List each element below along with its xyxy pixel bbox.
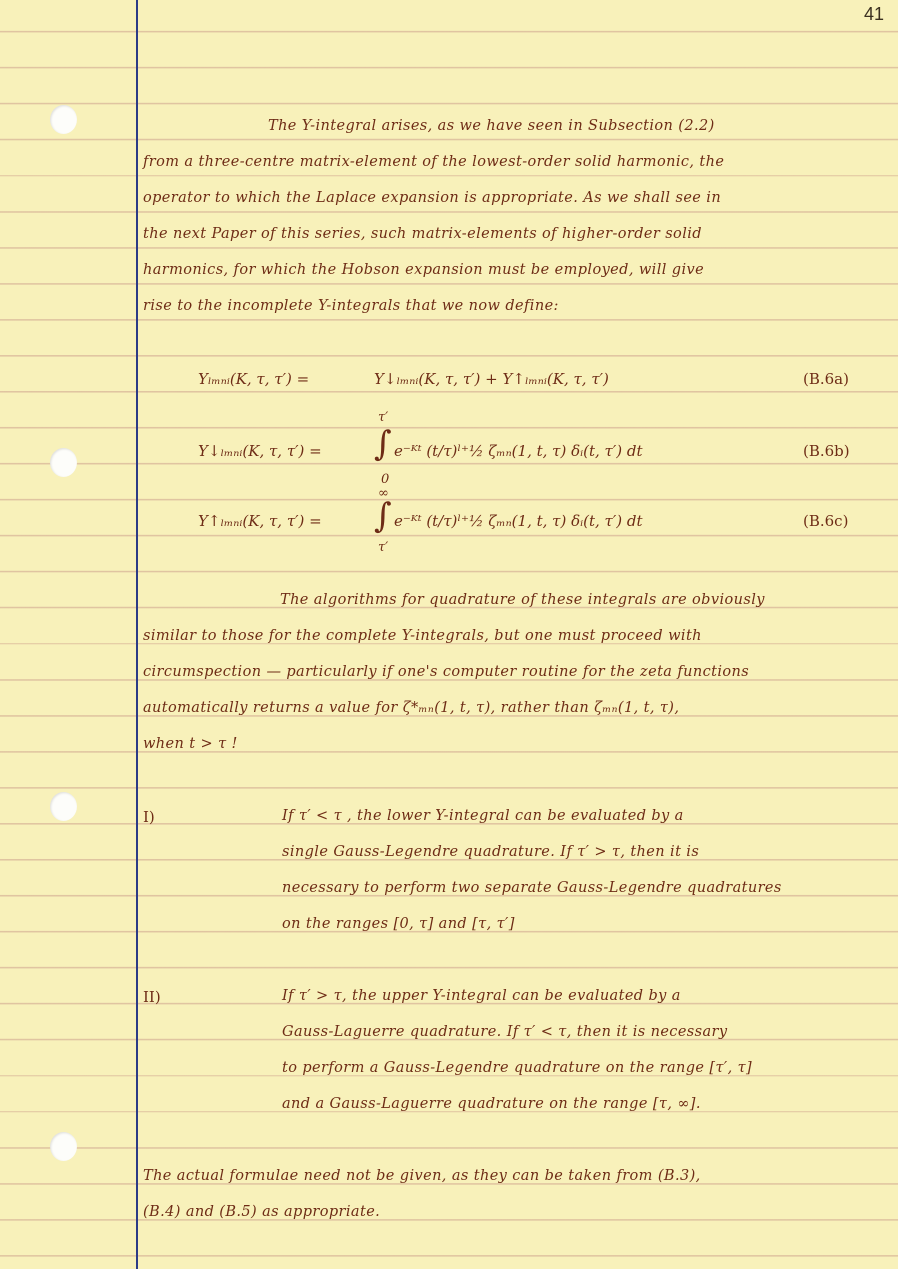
case-marker: II) bbox=[143, 988, 161, 1006]
punch-hole bbox=[50, 1132, 77, 1161]
case1-line: single Gauss-Legendre quadrature. If τ′ … bbox=[282, 844, 699, 860]
paragraph2-line: circumspection — particularly if one's c… bbox=[143, 664, 749, 680]
paragraph1-line: harmonics, for which the Hobson expansio… bbox=[143, 262, 704, 278]
paragraph2-line: automatically returns a value for ζ*ₘₙ(1… bbox=[143, 700, 679, 716]
case1-line: on the ranges [0, τ] and [τ, τ′] bbox=[282, 916, 515, 932]
equation-b6a-rhs: Y↓ₗₘₙᵢ(K, τ, τ′) + Y↑ₗₘₙᵢ(K, τ, τ′) bbox=[374, 370, 609, 388]
equation-b6a-lhs: Yₗₘₙᵢ(K, τ, τ′) = bbox=[198, 370, 309, 388]
equation-label: (B.6b) bbox=[803, 442, 850, 460]
equation-label: (B.6a) bbox=[803, 370, 849, 388]
paragraph1-line: The Y-integral arises, as we have seen i… bbox=[268, 118, 715, 134]
paragraph1-line: rise to the incomplete Y-integrals that … bbox=[143, 298, 559, 314]
integral-sign: ∫ bbox=[374, 496, 392, 536]
paragraph1-line: operator to which the Laplace expansion … bbox=[143, 190, 721, 206]
punch-hole bbox=[50, 105, 77, 134]
integral-lower-limit: 0 bbox=[381, 472, 389, 487]
integral-upper-limit: τ′ bbox=[378, 410, 388, 425]
equation-b6b-integrand: e⁻ᴷᵗ (t/τ)ˡ⁺½ ζₘₙ(1, t, τ) δᵢ(t, τ′) dt bbox=[394, 442, 643, 460]
paragraph1-line: the next Paper of this series, such matr… bbox=[143, 226, 702, 242]
case2-line: and a Gauss-Laguerre quadrature on the r… bbox=[282, 1096, 701, 1112]
case1-line: If τ′ < τ , the lower Y-integral can be … bbox=[282, 808, 684, 824]
case2-line: If τ′ > τ, the upper Y-integral can be e… bbox=[282, 988, 681, 1004]
paragraph2-line: when t > τ ! bbox=[143, 736, 238, 752]
equation-b6c-integrand: e⁻ᴷᵗ (t/τ)ˡ⁺½ ζₘₙ(1, t, τ) δᵢ(t, τ′) dt bbox=[394, 512, 643, 530]
punch-hole bbox=[50, 792, 77, 821]
paragraph2-line: similar to those for the complete Y-inte… bbox=[143, 628, 702, 644]
paragraph1-line: from a three-centre matrix-element of th… bbox=[143, 154, 724, 170]
equation-label: (B.6c) bbox=[803, 512, 848, 530]
punch-hole bbox=[50, 448, 77, 477]
equation-b6b-lhs: Y↓ₗₘₙᵢ(K, τ, τ′) = bbox=[198, 442, 322, 460]
page-number: 41 bbox=[864, 4, 884, 25]
integral-lower-limit: τ′ bbox=[378, 540, 388, 555]
closing-line: (B.4) and (B.5) as appropriate. bbox=[143, 1204, 380, 1220]
paragraph2-line: The algorithms for quadrature of these i… bbox=[280, 592, 765, 608]
case2-line: Gauss-Laguerre quadrature. If τ′ < τ, th… bbox=[282, 1024, 727, 1040]
integral-sign: ∫ bbox=[374, 424, 392, 464]
equation-b6c-lhs: Y↑ₗₘₙᵢ(K, τ, τ′) = bbox=[198, 512, 322, 530]
case2-line: to perform a Gauss-Legendre quadrature o… bbox=[282, 1060, 752, 1076]
margin-line bbox=[136, 0, 138, 1269]
case1-line: necessary to perform two separate Gauss-… bbox=[282, 880, 782, 896]
notebook-page: 41 The Y-integral arises, as we have see… bbox=[0, 0, 898, 1269]
case-marker: I) bbox=[143, 808, 155, 826]
closing-line: The actual formulae need not be given, a… bbox=[143, 1168, 701, 1184]
